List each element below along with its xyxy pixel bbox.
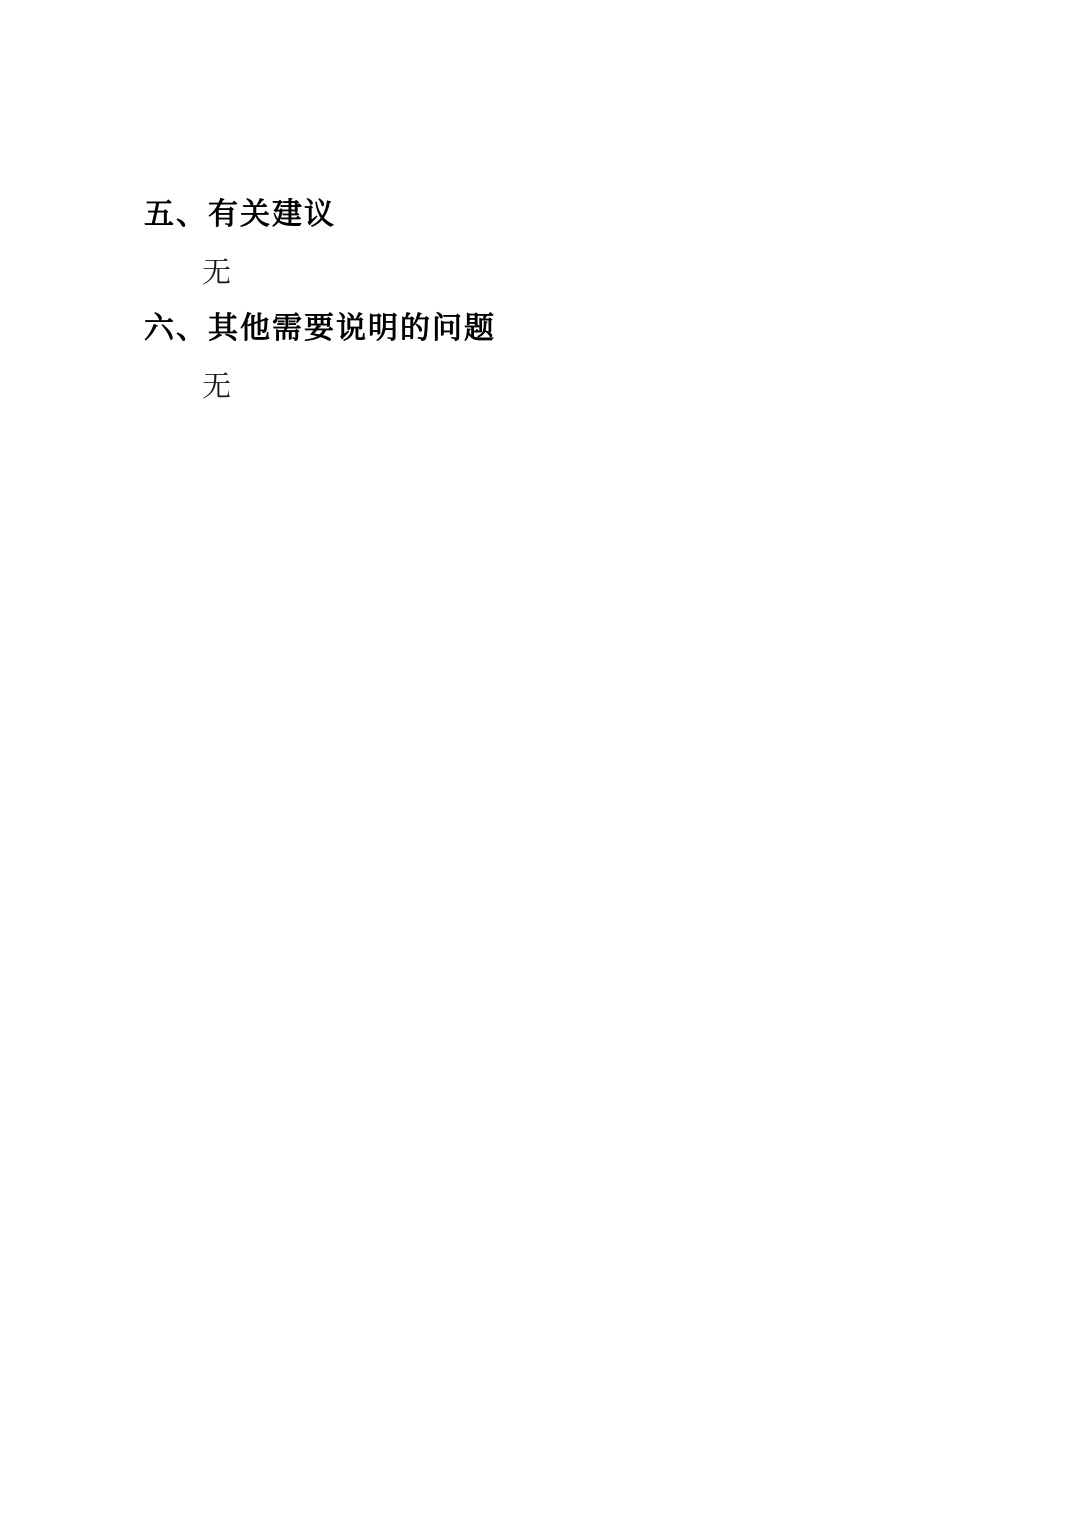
section-heading-suggestions: 五、有关建议 [144,198,954,232]
document-page: 五、有关建议 无 六、其他需要说明的问题 无 [0,0,1074,1520]
section-body-suggestions: 无 [144,258,954,288]
document-content: 五、有关建议 无 六、其他需要说明的问题 无 [144,198,954,426]
section-other-issues: 六、其他需要说明的问题 无 [144,312,954,402]
section-heading-other-issues: 六、其他需要说明的问题 [144,312,954,346]
section-body-other-issues: 无 [144,372,954,402]
section-suggestions: 五、有关建议 无 [144,198,954,288]
